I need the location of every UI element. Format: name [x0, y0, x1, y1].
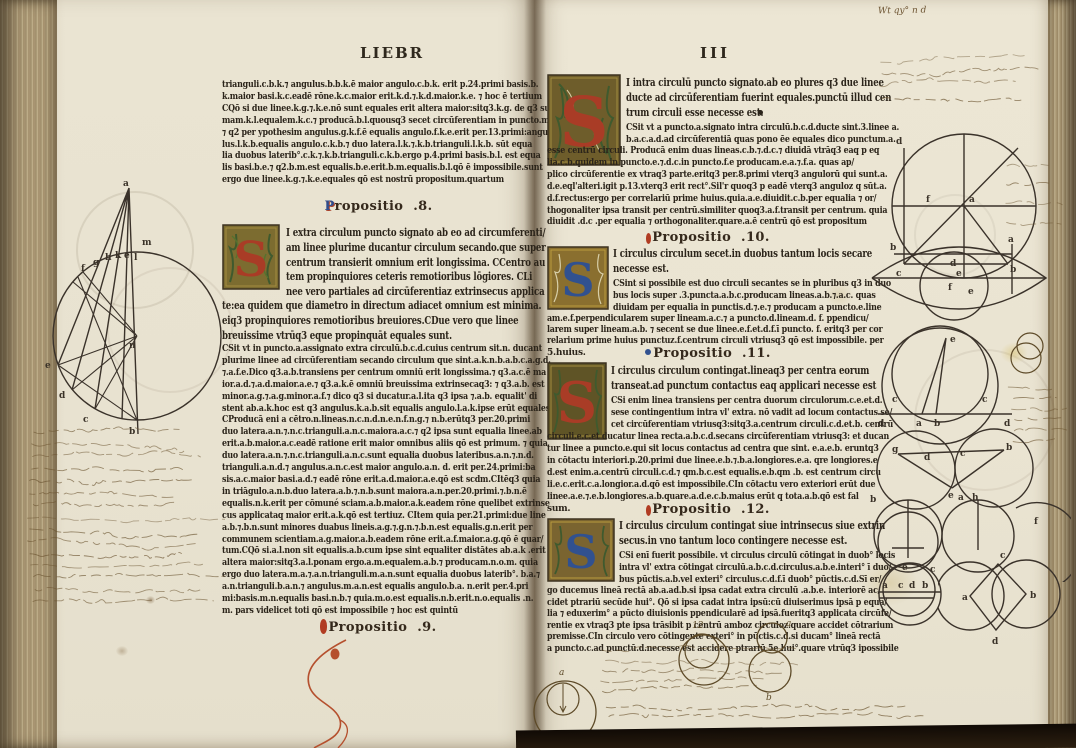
handwriting-stroke	[30, 562, 203, 568]
text-line: centrum transierit omnium erit longissim…	[286, 256, 481, 271]
text-line: bus pūctis.a.b.vel exteri° circulus.c.d.…	[619, 574, 841, 586]
prop10-proof-full: am.e.f.perpendicularem super lineam.a.c.…	[547, 314, 830, 348]
handwriting-stroke	[602, 668, 782, 674]
text-line: esse centrū circuli. Producā enim duas l…	[547, 146, 830, 158]
stain	[116, 646, 128, 656]
text-line: larem super lineam.a.b. ⁊ secent se due …	[547, 325, 830, 336]
text-line: ⁊ q2 per ypothesim angulus.g.k.f.ē equal…	[222, 128, 497, 140]
prop9-proof-full: esse centrū circuli. Producā enim duas l…	[547, 146, 830, 229]
rubric-ornament	[645, 349, 651, 355]
prop12-heading: Propositio .12.	[547, 502, 869, 517]
figure-label: f	[926, 195, 931, 205]
text-line: mam.k.l.equalem.k.c.⁊ producā.b.l.quousq…	[222, 116, 497, 128]
prop9-proof-indented: CSit vt a puncto.a.signato intra circulū…	[626, 122, 842, 146]
text-line: b.a.c.a.d.ad circūferentiā quas pono ēe …	[626, 134, 842, 146]
handwriting-stroke	[33, 501, 178, 506]
figure-label: b	[890, 243, 896, 253]
figure-label: a	[958, 493, 964, 503]
text-line: cus applicataq maior erit.a.k.qō est ter…	[222, 511, 497, 523]
prop10-heading-word: ropositio	[662, 230, 731, 245]
rubric-ornament	[646, 233, 651, 244]
figure-label: d	[992, 637, 999, 647]
prop10-heading: Propositio .10.	[547, 230, 869, 245]
figure-label: f	[948, 283, 953, 293]
figure-label: a	[882, 581, 888, 591]
figure-label: c	[982, 395, 988, 405]
handwriting-stroke	[29, 479, 192, 485]
text-line: altera maior:sitq3.a.l.ponam ergo.a.m.eq…	[222, 558, 497, 570]
prop12-statement: I circulus circulum contingat siue intri…	[619, 519, 816, 549]
figure-label: g	[93, 258, 100, 268]
rubric-ornament	[646, 505, 651, 516]
text-line: lis basi.b.e.⁊ q2.b.m.est equalis.b.e.er…	[222, 163, 497, 175]
handwriting-stroke	[29, 491, 173, 497]
text-line: communem scientiam.a.g.maior.a.b.eadem r…	[222, 535, 497, 547]
handwriting-stroke	[1006, 182, 1051, 185]
text-line: plurime linee ad circūferentiam secando …	[222, 356, 497, 368]
handwriting-stroke	[879, 78, 1016, 87]
initial-letter: S	[561, 253, 594, 307]
text-line: minor.a.g.⁊.a.g.minor.a.f.⁊ dico q3 si d…	[222, 392, 497, 404]
text-line: ducte ad circūferentiam fuerint equales.…	[626, 91, 818, 106]
handwritten-note-block-bottom	[598, 640, 798, 698]
illuminated-initial-s-prop8: S	[222, 224, 280, 290]
illuminated-initial-s-prop12: S	[547, 518, 615, 582]
text-line: I circulus circulum contingat.lineaq3 pe…	[611, 364, 814, 379]
text-line: am linee plurime ducantur circulum secan…	[286, 241, 481, 256]
figure-label: b	[1030, 591, 1036, 601]
handwriting-stroke	[602, 685, 756, 693]
prop12-heading-number: .12.	[741, 502, 770, 517]
handwriting-stroke	[1007, 164, 1054, 166]
text-line: in triāgulo.a.n.b.duo latera.a.b.⁊.n.b.s…	[222, 487, 497, 499]
figure-label: a	[962, 593, 968, 603]
text-line: ergo due linee.k.g.⁊.k.e.equales qō est …	[222, 175, 497, 187]
prop12-heading-initial: P	[652, 502, 662, 517]
figure-label: c	[1000, 551, 1006, 561]
text-line: cidet ptrariū secūde hui°. Qō si ipsa ca…	[547, 598, 830, 610]
illuminated-initial-s-prop10: S	[547, 246, 609, 310]
figure-label: k	[115, 251, 122, 261]
text-line: go ducemus lineā rectā ab.a.ad.b.si ipsa…	[547, 586, 830, 598]
text-line: I extra circulum puncto signato ab eo ad…	[286, 226, 481, 241]
text-line: plico circūferentie ex vtraq3 parte.erit…	[547, 170, 830, 182]
figure-label: d	[59, 391, 66, 401]
text-line: sese contingentium intra vl' extra. nō v…	[611, 407, 840, 419]
prop10-heading-initial: P	[652, 230, 662, 245]
figure-label: b	[1006, 443, 1012, 453]
text-line: CSi enī fuerit possibile. vt circulus ci…	[619, 550, 841, 562]
text-line: erit.a.b.maior.a.c.eadē ratione erit mai…	[222, 439, 497, 451]
text-line: d.f.rectus:ergo per correlariū prime hui…	[547, 194, 830, 206]
sketch-label: 12	[692, 621, 704, 631]
handwriting-stroke	[27, 517, 225, 523]
handwriting-stroke	[606, 704, 905, 711]
initial-letter: S	[234, 232, 269, 288]
text-line: thogonaliter ipsa transit per centrū.sim…	[547, 206, 830, 218]
figure-label: f	[1034, 517, 1039, 527]
top-right-handwritten-note: Wt qy° n d	[878, 6, 927, 17]
handwritten-marginalia-left	[25, 422, 225, 610]
text-line: CSint si possibile est duo circuli secan…	[613, 278, 840, 290]
handwriting-stroke	[605, 659, 798, 666]
handwriting-stroke	[882, 98, 1023, 102]
handwritten-marginalia-top-right	[875, 52, 1070, 106]
text-line: breuissime vtrūq3 eque propinquāt equale…	[222, 329, 466, 344]
figure-label: b	[870, 495, 876, 505]
text-line: lia duobus laterib°.c.k.⁊.k.b.trianguli.…	[222, 151, 497, 163]
prop11-heading: Propositio .11.	[547, 346, 869, 361]
figure-label: m	[142, 238, 152, 248]
figure-label: e	[968, 287, 974, 297]
text-line: in cōtactu interiori.p.20.primi due line…	[547, 456, 830, 468]
figure-label: l	[134, 253, 138, 263]
text-line: diuidit .d.c .per equalia ⁊ orthogonalit…	[547, 217, 830, 229]
left-top-text-block: trianguli.c.b.k.⁊ angulus.b.b.k.ē maior …	[222, 80, 497, 187]
prop11-statement: I circulus circulum contingat.lineaq3 pe…	[611, 364, 814, 394]
prop8-heading-number: .8.	[413, 199, 432, 214]
text-line: circuli.e.c.et ducatur linea recta.a.b.c…	[547, 432, 830, 444]
figure-label: b	[922, 581, 928, 591]
figure-label: d	[909, 581, 916, 591]
text-line: transeat.ad punctum contactus eaq applic…	[611, 379, 814, 394]
text-line: I circulus circulum secet.in duobus tant…	[613, 247, 814, 262]
figure-overlap-rhombus: c a b d	[938, 548, 1076, 653]
handwriting-stroke	[609, 713, 924, 719]
text-line: necesse est.	[613, 262, 814, 277]
handwriting-stroke	[1014, 418, 1064, 421]
figure-label: e	[45, 361, 51, 371]
prop11-proof-full: circuli.e.c.et ducatur linea recta.a.b.c…	[547, 432, 830, 503]
text-line: tur linee a puncto.e.qui sit locus conta…	[547, 444, 830, 456]
text-line: diuidam per equalia in punctis.d.⁊.e.⁊ p…	[613, 302, 840, 314]
text-line: duo latera.a.n.⁊.n.c.trianguli.a.n.c.sun…	[222, 451, 497, 463]
handwriting-stroke	[1006, 222, 1061, 225]
handwriting-stroke	[31, 443, 184, 453]
text-line: I intra circulū puncto signato.ab eo plu…	[626, 76, 818, 91]
text-line: tum.CQō si.a.l.non sit equalis.a.b.cum i…	[222, 546, 497, 558]
text-line: eiq3 propinquiores remotioribus breuiore…	[222, 314, 466, 329]
text-line: d.e.eql'alteri.igit p.13.vterq3 erit rec…	[547, 182, 830, 194]
text-line: stent ab.a.k.hoc est q3 angulus.k.a.b.si…	[222, 404, 497, 416]
handwriting-stroke	[30, 552, 182, 558]
handwriting-stroke	[27, 538, 196, 551]
text-line: am.e.f.perpendicularem super lineam.a.c.…	[547, 314, 830, 325]
text-line: d.est enim.a.centrū circuli.c.d.⁊ qm.b.c…	[547, 468, 830, 480]
figure-vesica: b a d f e	[866, 232, 1052, 322]
initial-letter: S	[557, 370, 597, 436]
handwriting-stroke	[1013, 397, 1056, 398]
text-line: trum circuli esse necesse est.	[626, 106, 818, 121]
initial-letter: S	[564, 525, 597, 579]
text-line: intra vl' extra cōtingat circulū.a.b.c.d…	[619, 562, 841, 574]
text-line: k.maior basi.k.c.eadē rōne.k.c.maior eri…	[222, 92, 497, 104]
figure-label: c	[898, 581, 904, 591]
text-line: a.n.trianguli.b.a.n.⁊ angulus.m.a.n.est …	[222, 582, 497, 594]
book-photograph: LIEBR trianguli.c.b.k.⁊ angulus.b.b.k.ē …	[0, 0, 1076, 748]
red-pen-flourish	[282, 606, 412, 748]
text-line: CQō si due linee.k.g.⁊.k.e.nō sunt equal…	[222, 104, 497, 116]
text-line: te:ea quidem que diametro in directum ad…	[222, 299, 466, 314]
figure-label: a	[969, 195, 975, 205]
handwriting-stroke	[602, 645, 798, 651]
text-line: ior.a.d.⁊.a.d.maior.a.e.⁊ q3.a.k.ē omniū…	[222, 380, 497, 392]
prop10-statement: I circulus circulum secet.in duobus tant…	[613, 247, 814, 277]
text-line: nee vero partiales ad circūferentiaz ext…	[286, 285, 481, 300]
prop11-heading-initial: P	[653, 346, 663, 361]
text-line: li.e.c.erit.c.a.longior.a.d.qō est impos…	[547, 480, 830, 492]
text-line: tem propinquiores ceteris remotioribus l…	[286, 270, 481, 285]
handwriting-stroke	[1006, 201, 1063, 205]
illuminated-initial-s-prop11: S	[547, 362, 607, 440]
figure-label: a	[1008, 235, 1014, 245]
figure-label: e	[124, 251, 130, 261]
handwriting-stroke	[882, 67, 1039, 77]
text-line: cet circūferentiam vtriusq3:sitq3.a.cent…	[611, 419, 840, 431]
left-page-header: LIEBR	[360, 44, 424, 62]
prop9-heading-number: .9.	[417, 620, 436, 635]
handwriting-stroke	[880, 54, 1029, 64]
handwriting-stroke	[33, 573, 225, 578]
handwriting-stroke	[33, 597, 214, 603]
figure-label: d	[924, 453, 931, 463]
text-line: mi:basis.m.n.equalis basi.n.b.⁊ quia.m.o…	[222, 594, 497, 606]
prop8-heading-initial: P	[324, 199, 334, 214]
figure-label: e	[950, 335, 956, 345]
text-line: CSit vt a puncto.a.signato intra circulū…	[626, 122, 842, 134]
figure-label: c	[892, 395, 898, 405]
text-line: trianguli.c.b.k.⁊ angulus.b.b.k.ē maior …	[222, 80, 497, 92]
text-line: sis.a.c.maior basi.a.d.⁊ eadē rōne erit.…	[222, 475, 497, 487]
prop8-statement-full: te:ea quidem que diametro in directum ad…	[222, 299, 466, 343]
figure-label: d	[896, 137, 903, 147]
prop9-statement: I intra circulū puncto signato.ab eo plu…	[626, 76, 818, 120]
handwriting-stroke	[1011, 407, 1067, 411]
prop11-proof-indented: CSi enim linea transiens per centra duor…	[611, 395, 840, 431]
handwriting-stroke	[600, 677, 763, 683]
text-line: ergo duo latera.m.a.⁊.a.n.trianguli.m.a.…	[222, 570, 497, 582]
prop10-heading-number: .10.	[741, 230, 770, 245]
figure-label: h	[105, 253, 112, 263]
prop8-proof: CSit vt in puncto.a.assignato extra circ…	[222, 344, 497, 618]
handwriting-stroke	[35, 587, 200, 592]
text-line: duo latera.a.n.⁊.n.c.trianguli.a.n.c.mai…	[222, 427, 497, 439]
text-line: CSi enim linea transiens per centra duor…	[611, 395, 840, 407]
figure-label: c	[960, 449, 966, 459]
sketch-label: a	[559, 668, 564, 678]
text-line: trianguli.a.n.d.⁊ angulus.a.n.c.est maio…	[222, 463, 497, 475]
prop8-statement-indented: I extra circulum puncto signato ab eo ad…	[286, 226, 481, 300]
figure-label: a	[123, 179, 129, 189]
right-page-header: III	[700, 44, 730, 62]
prop12-heading-word: ropositio	[662, 502, 731, 517]
text-line: lus.l.k.b.equalis angulo.c.k.b.⁊ duo lat…	[222, 140, 497, 152]
text-line: CSit vt in puncto.a.assignato extra circ…	[222, 344, 497, 356]
punctuation-dot	[758, 110, 763, 115]
prop8-heading-word: ropositio	[335, 199, 404, 214]
handwriting-stroke	[32, 467, 183, 472]
text-line: secus.in vno tantum loco contingere nece…	[619, 534, 816, 549]
figure-label: n	[129, 341, 136, 351]
figure-label: d	[950, 259, 957, 269]
sketch-label: a	[786, 619, 791, 629]
handwriting-stroke	[32, 451, 201, 457]
prop8-heading: Propositio .8.	[222, 199, 535, 214]
prop12-proof-indented: CSi enī fuerit possibile. vt circulus ci…	[619, 550, 841, 586]
text-line: equalis.n.k.erit per cōmuné sciam.a.b.ma…	[222, 499, 497, 511]
handwriting-stroke	[34, 427, 180, 434]
text-line: CProducā eni a cētro.n.lineas.n.c.n.d.n.…	[222, 415, 497, 427]
figure-label: h	[972, 493, 979, 503]
handwritten-marginalia-beside-fig1	[1002, 152, 1068, 232]
prop11-heading-word: ropositio	[663, 346, 732, 361]
text-line: I circulus circulum contingat siue intri…	[619, 519, 816, 534]
prop10-proof-indented: CSint si possibile est duo circuli secan…	[613, 278, 840, 314]
text-line: lia.c.b.quidem in puncto.e.⁊.d.c.in punc…	[547, 158, 830, 170]
text-line: ⁊.a.f.e.Dico q3.a.b.transiens per centru…	[222, 368, 497, 380]
handwriting-stroke	[1008, 387, 1052, 390]
figure-label: g	[892, 445, 899, 455]
text-line: bus locis super .3.puncta.a.b.c.producam…	[613, 290, 840, 302]
text-line: a.b.⁊.b.n.sunt minores duabus lineis.a.g…	[222, 523, 497, 535]
prop11-heading-number: .11.	[742, 346, 771, 361]
handwritten-line-bottom	[600, 698, 940, 724]
